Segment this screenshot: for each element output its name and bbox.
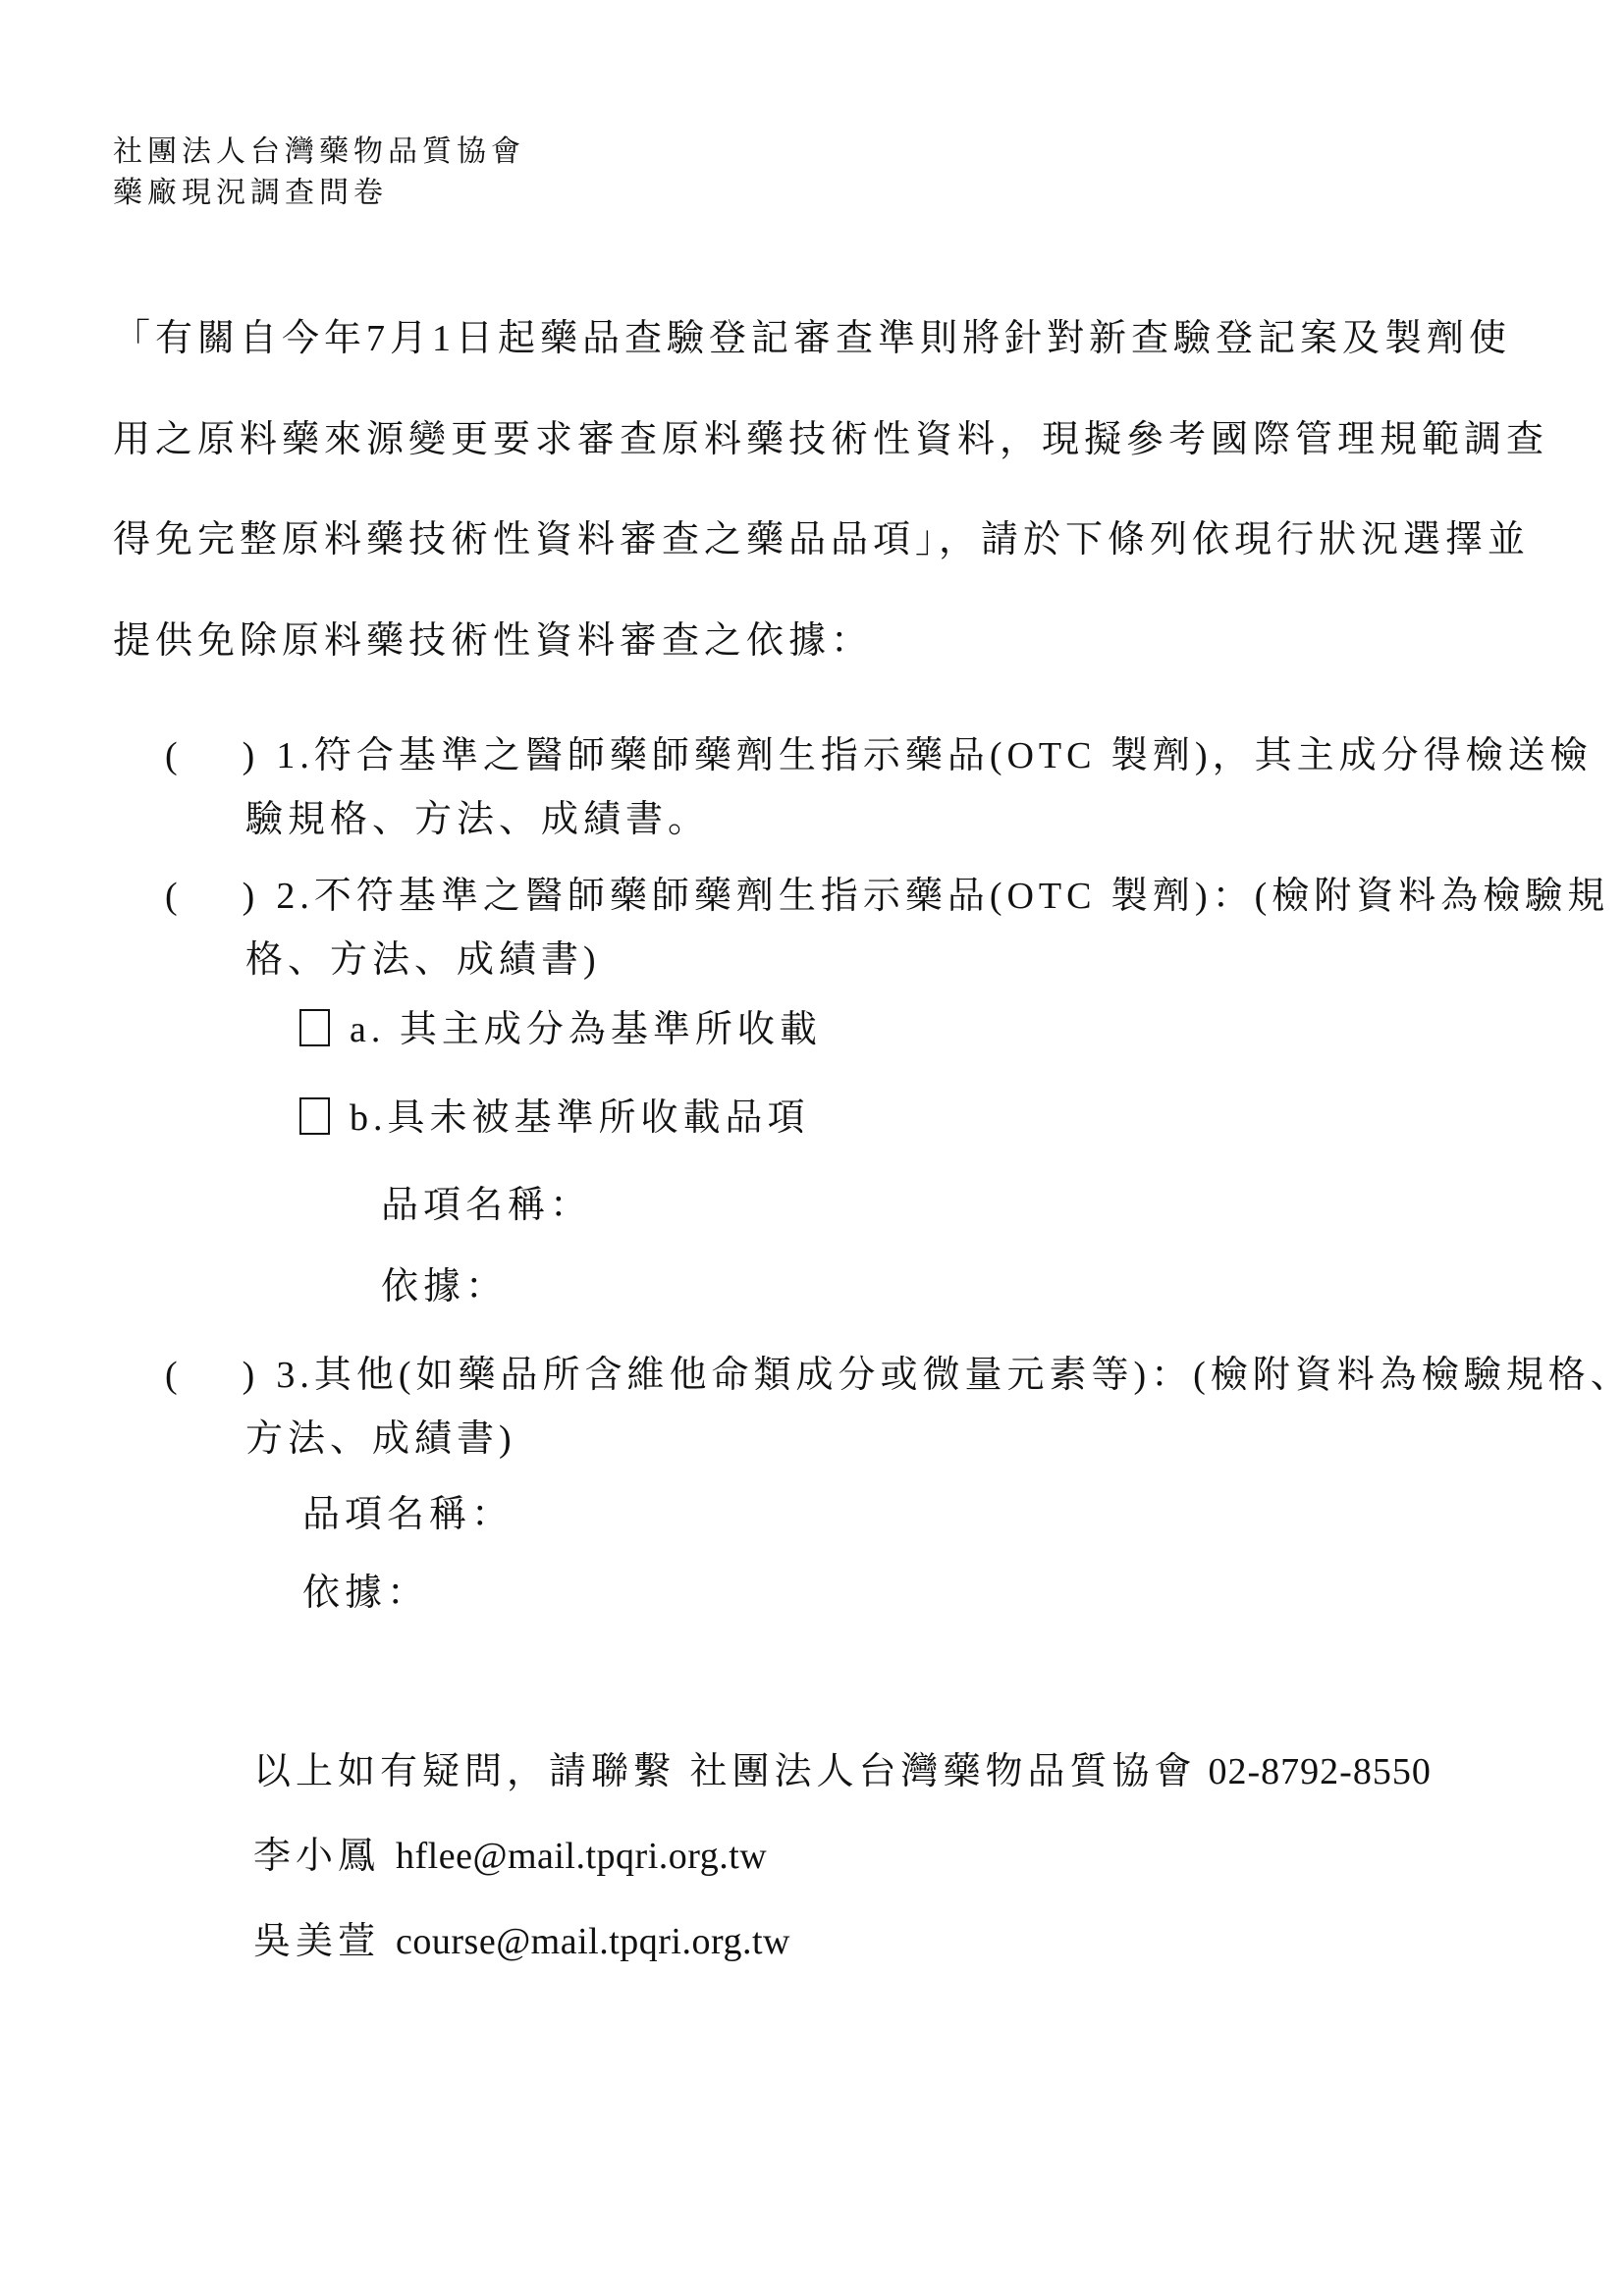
question-3-text-cont: 方法、成績書) [245,1416,516,1464]
q2-basis-label: 依據： [381,1264,508,1311]
contact-2-name: 吳美萱 [253,1921,380,1962]
option-a-row: a. 其主成分為基準所收載 [299,1007,822,1054]
option-a-checkbox[interactable] [299,1009,330,1046]
org-name: 社團法人台灣藥物品質協會 [113,133,525,171]
contact-1-name: 李小鳳 [253,1836,380,1877]
question-1-row: ( )1.符合基準之醫師藥師藥劑生指示藥品(OTC 製劑)，其主成分得檢送檢 [165,733,1593,780]
intro-line-3: 得免完整原料藥技術性資料審查之藥品品項」，請於下條列依現行狀況選擇並 [113,517,1530,564]
contact-row-2: 吳美萱course@mail.tpqri.org.tw [253,1919,790,1966]
option-a-label: a. 其主成分為基準所收載 [350,1009,822,1050]
question-2-row: ( )2.不符基準之醫師藥師藥劑生指示藥品(OTC 製劑)：(檢附資料為檢驗規 [165,874,1609,921]
answer-blank-3[interactable]: ( ) [165,1355,268,1396]
contact-inquiry-text: 以上如有疑問，請聯繫 社團法人台灣藥物品質協會 [253,1751,1197,1792]
question-3-text: 3.其他(如藥品所含維他命類成分或微量元素等)：(檢附資料為檢驗規格、 [276,1355,1624,1396]
option-b-label: b.具未被基準所收載品項 [350,1097,810,1139]
question-2-text: 2.不符基準之醫師藥師藥劑生指示藥品(OTC 製劑)：(檢附資料為檢驗規 [276,876,1609,917]
intro-line-2: 用之原料藥來源變更要求審查原料藥技術性資料，現擬參考國際管理規範調查 [113,417,1548,464]
intro-line-4: 提供免除原料藥技術性資料審查之依據： [113,618,873,666]
question-3-row: ( )3.其他(如藥品所含維他命類成分或微量元素等)：(檢附資料為檢驗規格、 [165,1353,1624,1400]
document-page: 社團法人台灣藥物品質協會 藥廠現況調查問卷 「有關自今年7月1日起藥品查驗登記審… [0,0,1624,2296]
answer-blank-2[interactable]: ( ) [165,876,268,917]
doc-title: 藥廠現況調查問卷 [113,175,388,212]
contact-2-email: course@mail.tpqri.org.tw [396,1921,790,1962]
contact-phone: 02-8792-8550 [1209,1751,1432,1792]
question-2-text-cont: 格、方法、成績書) [245,937,601,985]
question-1-text-cont: 驗規格、方法、成績書。 [245,797,710,844]
contact-1-email: hflee@mail.tpqri.org.tw [396,1836,767,1877]
contact-row-1: 李小鳳hflee@mail.tpqri.org.tw [253,1834,767,1881]
contact-inquiry-row: 以上如有疑問，請聯繫 社團法人台灣藥物品質協會02-8792-8550 [253,1749,1432,1796]
intro-line-1: 「有關自今年7月1日起藥品查驗登記審查準則將針對新查驗登記案及製劑使 [113,316,1511,363]
q2-item-name-label: 品項名稱： [381,1183,592,1230]
question-1-text: 1.符合基準之醫師藥師藥劑生指示藥品(OTC 製劑)，其主成分得檢送檢 [276,735,1592,776]
option-b-row: b.具未被基準所收載品項 [299,1095,810,1143]
q3-basis-label: 依據： [302,1571,429,1618]
q3-item-name-label: 品項名稱： [302,1492,514,1539]
option-b-checkbox[interactable] [299,1097,330,1135]
answer-blank-1[interactable]: ( ) [165,735,268,776]
